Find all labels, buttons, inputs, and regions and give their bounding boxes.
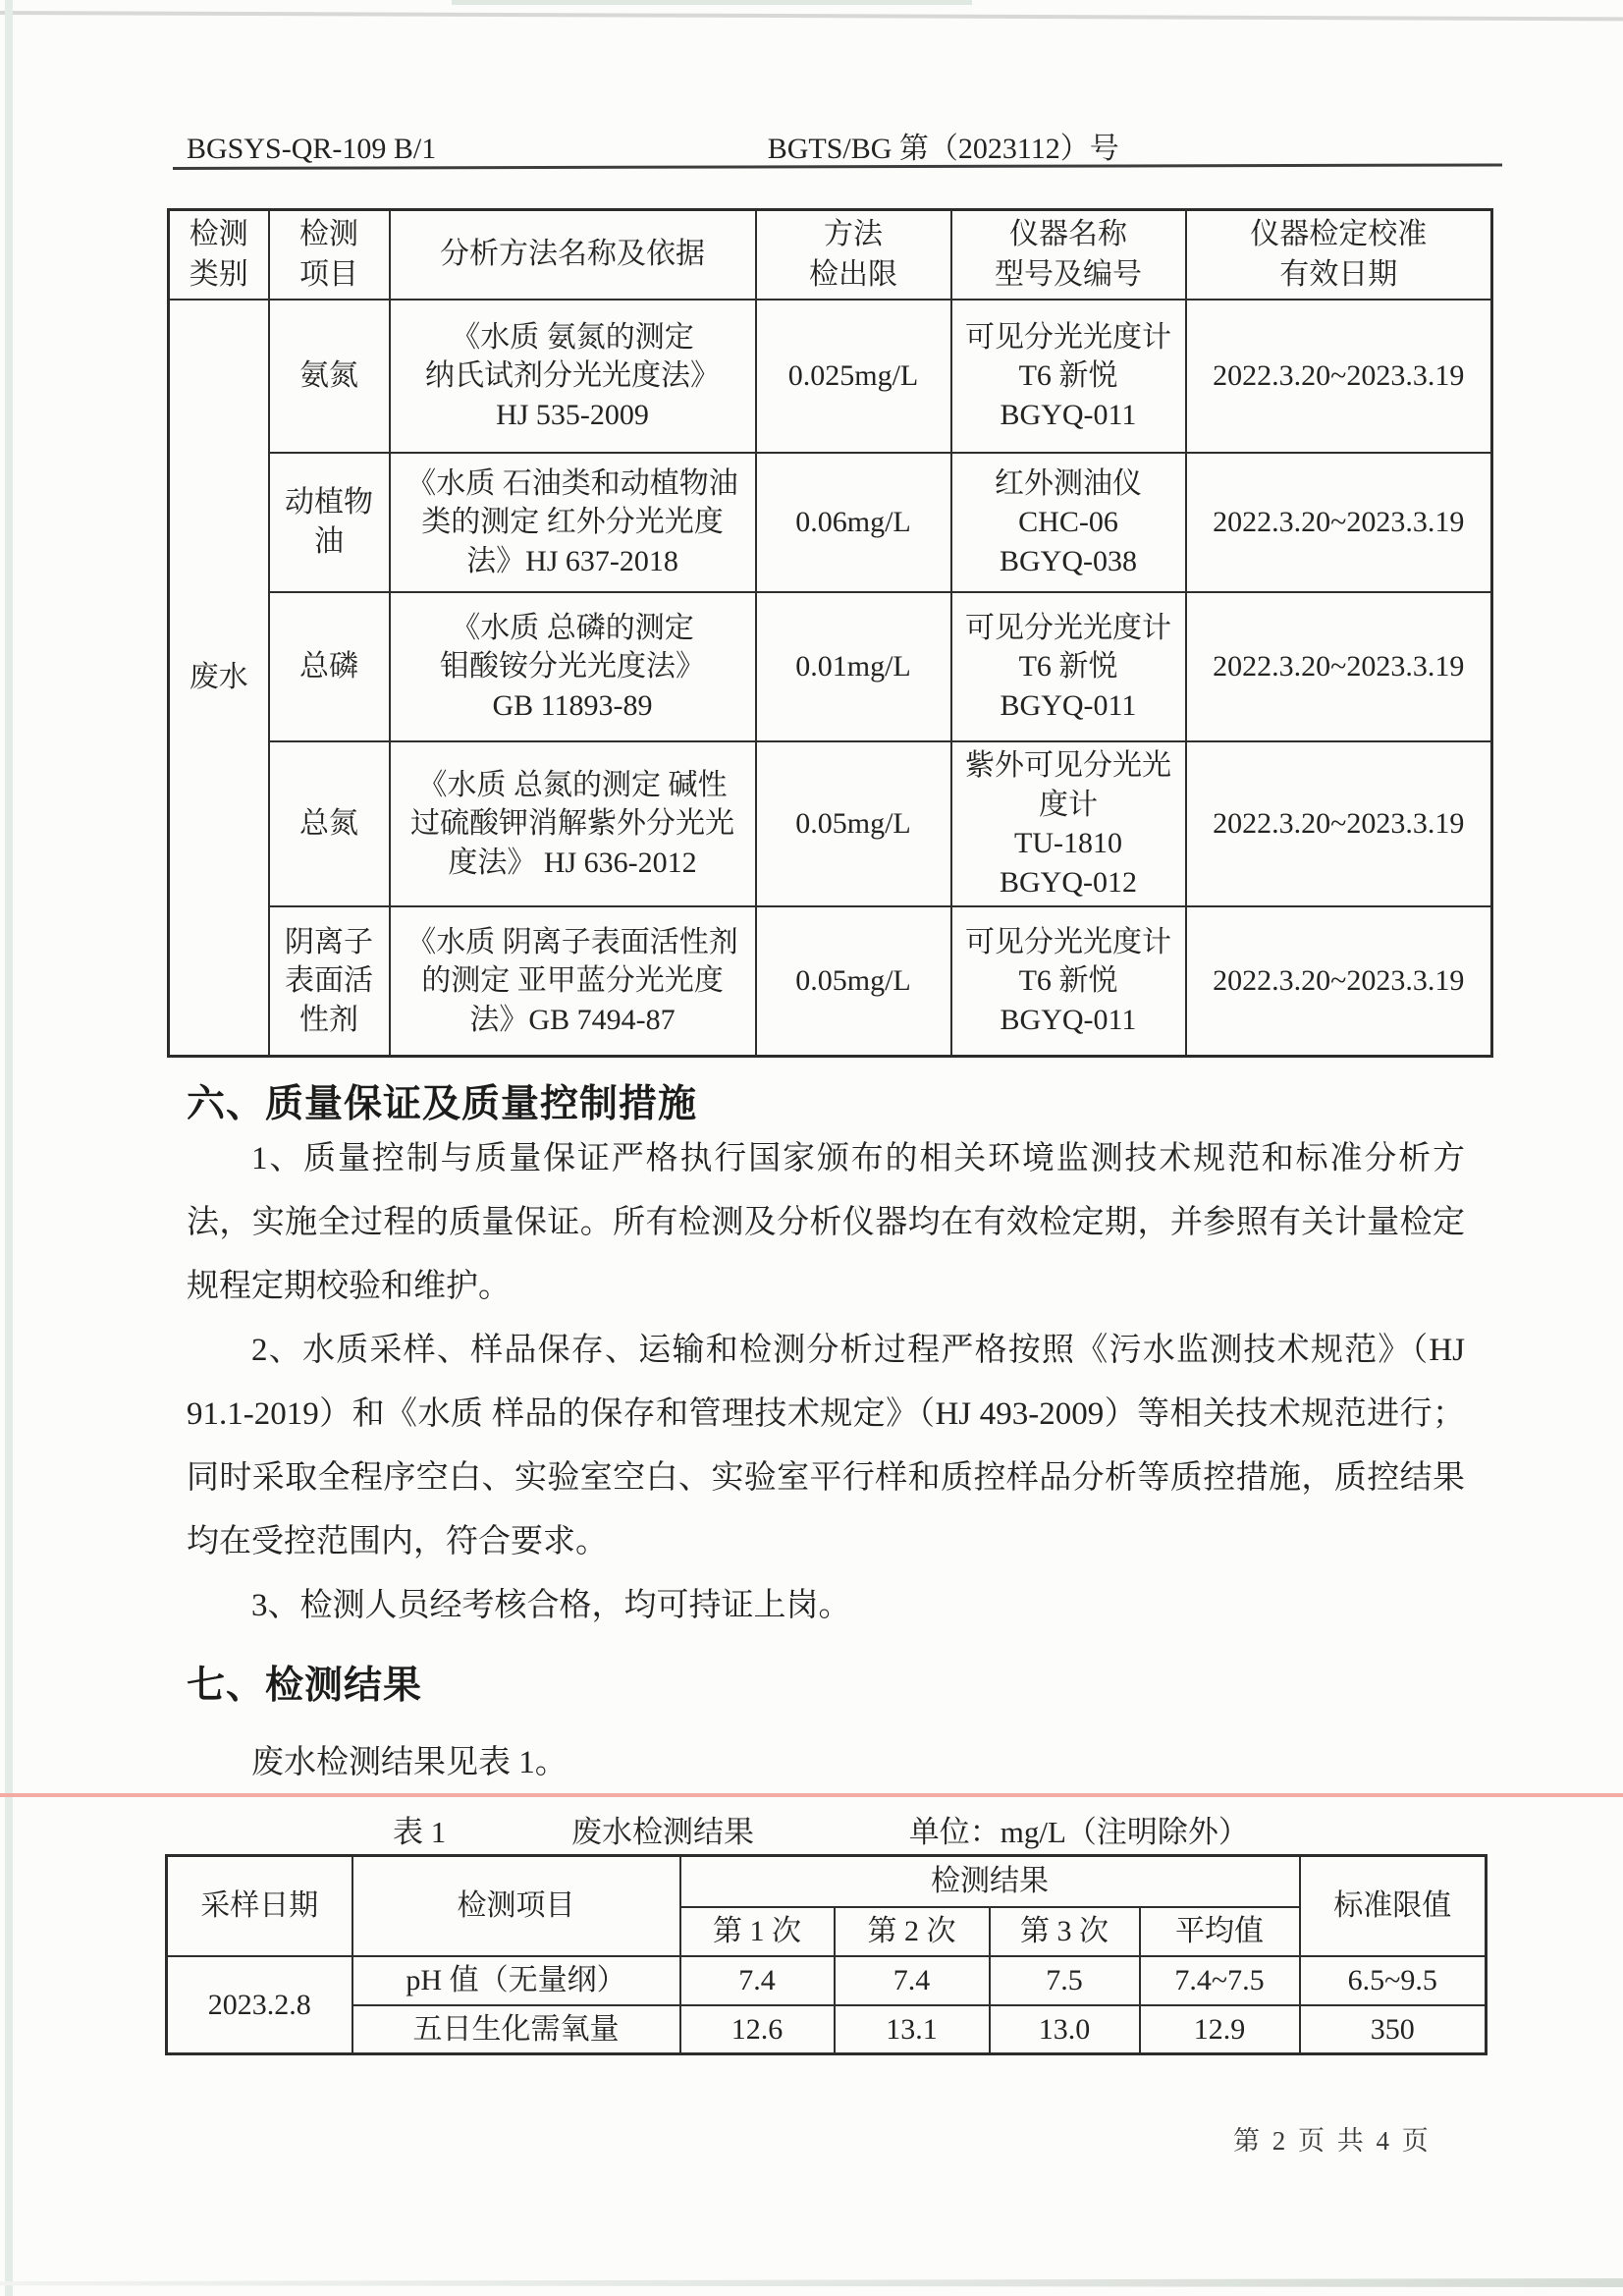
col-header-method: 分析方法名称及依据 [390, 210, 756, 301]
run2-cell: 13.1 [835, 2005, 990, 2054]
run1-cell: 12.6 [680, 2005, 835, 2054]
table-row: 废水 氨氮 《水质 氨氮的测定 纳氏试剂分光光度法》 HJ 535-2009 0… [169, 300, 1492, 453]
run1-cell: 7.4 [680, 1956, 835, 2005]
category-cell: 废水 [169, 300, 269, 1056]
limit-cell: 0.025mg/L [756, 300, 951, 453]
col-header-run3: 第 3 次 [990, 1907, 1140, 1956]
limit-cell: 0.06mg/L [756, 453, 951, 592]
document-page: BGSYS-QR-109 B/1 BGTS/BG 第（2023112）号 检测 … [0, 0, 1623, 2296]
method-cell: 《水质 石油类和动植物油 类的测定 红外分光光度 法》HJ 637-2018 [390, 453, 756, 592]
col-header-instrument: 仪器名称 型号及编号 [951, 210, 1186, 301]
scan-artifact-left-strip [5, 0, 13, 2296]
scan-artifact-top-green [452, 0, 972, 5]
item-cell: 五日生化需氧量 [352, 2005, 680, 2054]
result-header-row-1: 采样日期 检测项目 检测结果 标准限值 [167, 1856, 1487, 1907]
document-header: BGSYS-QR-109 B/1 BGTS/BG 第（2023112）号 [187, 124, 1483, 167]
result-row-ph: 2023.2.8 pH 值（无量纲） 7.4 7.4 7.5 7.4~7.5 6… [167, 1956, 1487, 2005]
section6-heading: 六、质量保证及质量控制措施 [187, 1073, 697, 1128]
paragraph-2: 2、水质采样、样品保存、运输和检测分析过程严格按照《污水监测技术规范》（HJ 9… [187, 1319, 1465, 1574]
instrument-cell: 可见分光光度计 T6 新悦 BGYQ-011 [951, 592, 1186, 741]
table1-caption-title: 废水检测结果 [571, 1815, 754, 1849]
col-header-date: 采样日期 [167, 1856, 352, 1956]
col-header-validity: 仪器检定校准 有效日期 [1186, 210, 1492, 301]
avg-cell: 12.9 [1140, 2005, 1300, 2054]
col-header-avg: 平均值 [1140, 1907, 1300, 1956]
method-cell: 《水质 阴离子表面活性剂 的测定 亚甲蓝分光光度 法》GB 7494-87 [390, 906, 756, 1056]
section7-intro: 废水检测结果见表 1。 [187, 1731, 1465, 1795]
instrument-cell: 可见分光光度计 T6 新悦 BGYQ-011 [951, 300, 1186, 453]
limit-cell: 350 [1300, 2005, 1487, 2054]
sample-date-cell: 2023.2.8 [167, 1956, 352, 2054]
avg-cell: 7.4~7.5 [1140, 1956, 1300, 2005]
table1-caption-number: 表 1 [393, 1815, 446, 1849]
validity-cell: 2022.3.20~2023.3.19 [1186, 592, 1492, 741]
run3-cell: 7.5 [990, 1956, 1140, 2005]
limit-cell: 0.05mg/L [756, 906, 951, 1056]
col-header-result: 检测结果 [680, 1856, 1300, 1907]
section6-paragraphs: 1、质量控制与质量保证严格执行国家颁布的相关环境监测技术规范和标准分析方法，实施… [187, 1127, 1465, 1638]
table-row: 总磷 《水质 总磷的测定 钼酸铵分光光度法》 GB 11893-89 0.01m… [169, 592, 1492, 741]
col-header-item: 检测 项目 [269, 210, 390, 301]
doc-code: BGSYS-QR-109 B/1 [187, 133, 436, 166]
table1-caption: 表 1 废水检测结果 单位：mg/L（注明除外） [393, 1807, 1249, 1851]
col-header-item: 检测项目 [352, 1856, 680, 1956]
result-row-bod: 五日生化需氧量 12.6 13.1 13.0 12.9 350 [167, 2005, 1487, 2054]
method-table-header-row: 检测 类别 检测 项目 分析方法名称及依据 方法 检出限 仪器名称 型号及编号 … [169, 210, 1492, 301]
limit-cell: 0.05mg/L [756, 741, 951, 906]
doc-number: BGTS/BG 第（2023112）号 [768, 124, 1119, 167]
col-header-limit: 标准限值 [1300, 1856, 1487, 1956]
instrument-cell: 紫外可见分光光 度计 TU-1810 BGYQ-012 [951, 741, 1186, 906]
run2-cell: 7.4 [835, 1956, 990, 2005]
table-row: 总氮 《水质 总氮的测定 碱性 过硫酸钾消解紫外分光光 度法》 HJ 636-2… [169, 741, 1492, 906]
validity-cell: 2022.3.20~2023.3.19 [1186, 741, 1492, 906]
item-cell: 氨氮 [269, 300, 390, 453]
validity-cell: 2022.3.20~2023.3.19 [1186, 300, 1492, 453]
table-row: 动植物 油 《水质 石油类和动植物油 类的测定 红外分光光度 法》HJ 637-… [169, 453, 1492, 592]
paragraph-1: 1、质量控制与质量保证严格执行国家颁布的相关环境监测技术规范和标准分析方法，实施… [187, 1127, 1465, 1319]
paragraph-3: 3、检测人员经考核合格，均可持证上岗。 [187, 1574, 1465, 1638]
scan-artifact-pink-line [0, 1793, 1623, 1797]
item-cell: pH 值（无量纲） [352, 1956, 680, 2005]
item-cell: 总磷 [269, 592, 390, 741]
instrument-cell: 可见分光光度计 T6 新悦 BGYQ-011 [951, 906, 1186, 1056]
col-header-limit: 方法 检出限 [756, 210, 951, 301]
run3-cell: 13.0 [990, 2005, 1140, 2054]
col-header-run2: 第 2 次 [835, 1907, 990, 1956]
limit-cell: 0.01mg/L [756, 592, 951, 741]
validity-cell: 2022.3.20~2023.3.19 [1186, 453, 1492, 592]
col-header-run1: 第 1 次 [680, 1907, 835, 1956]
page-footer: 第 2 页 共 4 页 [1233, 2119, 1432, 2158]
method-table: 检测 类别 检测 项目 分析方法名称及依据 方法 检出限 仪器名称 型号及编号 … [167, 208, 1493, 1058]
item-cell: 总氮 [269, 741, 390, 906]
table-row: 阴离子 表面活 性剂 《水质 阴离子表面活性剂 的测定 亚甲蓝分光光度 法》GB… [169, 906, 1492, 1056]
result-table: 采样日期 检测项目 检测结果 标准限值 第 1 次 第 2 次 第 3 次 平均… [165, 1854, 1488, 2055]
method-cell: 《水质 氨氮的测定 纳氏试剂分光光度法》 HJ 535-2009 [390, 300, 756, 453]
instrument-cell: 红外测油仪 CHC-06 BGYQ-038 [951, 453, 1186, 592]
item-cell: 阴离子 表面活 性剂 [269, 906, 390, 1056]
validity-cell: 2022.3.20~2023.3.19 [1186, 906, 1492, 1056]
scan-artifact-top-line [0, 11, 1623, 21]
method-cell: 《水质 总氮的测定 碱性 过硫酸钾消解紫外分光光 度法》 HJ 636-2012 [390, 741, 756, 906]
item-cell: 动植物 油 [269, 453, 390, 592]
col-header-category: 检测 类别 [169, 210, 269, 301]
limit-cell: 6.5~9.5 [1300, 1956, 1487, 2005]
section7-heading: 七、检测结果 [187, 1655, 422, 1710]
method-cell: 《水质 总磷的测定 钼酸铵分光光度法》 GB 11893-89 [390, 592, 756, 741]
scan-artifact-bottom-wedge [0, 2278, 1623, 2287]
table1-caption-unit: 单位：mg/L（注明除外） [909, 1815, 1249, 1849]
